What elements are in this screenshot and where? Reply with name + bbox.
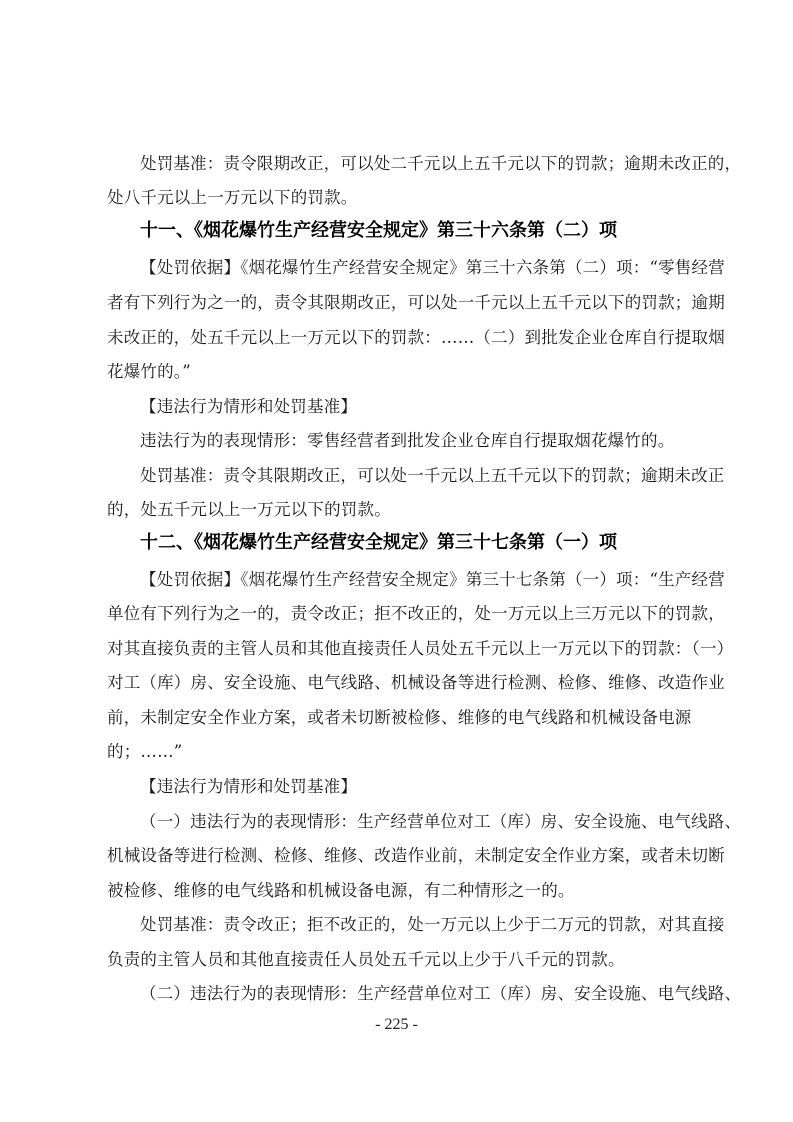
page-number: - 225 - (0, 1016, 793, 1034)
situation-line: 被检修、维修的电气线路和机械设备电源，有二种情形之一的。 (107, 880, 691, 902)
standard-line: 负责的主管人员和其他直接责任人员处五千元以上少于八千元的罚款。 (107, 949, 691, 971)
penalty-basis-line: 的；……” (107, 741, 691, 763)
subheading: 【违法行为情形和处罚基准】 (140, 776, 691, 798)
penalty-basis-line: 单位有下列行为之一的，责令改正；拒不改正的，处一万元以上三万元以下的罚款， (107, 603, 691, 625)
situation-line: （一）违法行为的表现情形：生产经营单位对工（库）房、安全设施、电气线路、 (140, 811, 691, 833)
situation-line: 违法行为的表现情形：零售经营者到批发企业仓库自行提取烟花爆竹的。 (140, 430, 691, 452)
paragraph-line: 处罚基准：责令限期改正，可以处二千元以上五千元以下的罚款；逾期未改正的， (140, 153, 691, 175)
subheading: 【违法行为情形和处罚基准】 (140, 396, 691, 418)
standard-line: 的，处五千元以上一万元以下的罚款。 (107, 499, 691, 521)
penalty-basis-line: 对其直接负责的主管人员和其他直接责任人员处五千元以上一万元以下的罚款：（一） (107, 638, 691, 660)
standard-line: 处罚基准：责令其限期改正，可以处一千元以上五千元以下的罚款；逾期未改正 (140, 465, 691, 487)
penalty-basis-line: 者有下列行为之一的，责令其限期改正，可以处一千元以上五千元以下的罚款；逾期 (107, 292, 691, 314)
penalty-basis-line: 对工（库）房、安全设施、电气线路、机械设备等进行检测、检修、维修、改造作业 (107, 672, 691, 694)
document-page: 处罚基准：责令限期改正，可以处二千元以上五千元以下的罚款；逾期未改正的， 处八千… (0, 0, 793, 1122)
penalty-basis-line: 前，未制定安全作业方案，或者未切断被检修、维修的电气线路和机械设备电源 (107, 707, 691, 729)
situation-line: 机械设备等进行检测、检修、维修、改造作业前，未制定安全作业方案，或者未切断 (107, 845, 691, 867)
penalty-basis-line: 未改正的，处五千元以上一万元以下的罚款：……（二）到批发企业仓库自行提取烟 (107, 327, 691, 349)
section-heading: 十二、《烟花爆竹生产经营安全规定》第三十七条第（一）项 (140, 531, 617, 555)
situation-line: （二）违法行为的表现情形：生产经营单位对工（库）房、安全设施、电气线路、 (140, 983, 691, 1005)
section-heading: 十一、《烟花爆竹生产经营安全规定》第三十六条第（二）项 (140, 219, 617, 243)
penalty-basis-line: 【处罚依据】《烟花爆竹生产经营安全规定》第三十六条第（二）项：“零售经营 (140, 257, 691, 279)
penalty-basis-line: 花爆竹的。” (107, 361, 691, 383)
penalty-basis-line: 【处罚依据】《烟花爆竹生产经营安全规定》第三十七条第（一）项：“生产经营 (140, 569, 691, 591)
standard-line: 处罚基准：责令改正；拒不改正的，处一万元以上少于二万元的罚款，对其直接 (140, 914, 691, 936)
paragraph-line: 处八千元以上一万元以下的罚款。 (107, 187, 691, 209)
